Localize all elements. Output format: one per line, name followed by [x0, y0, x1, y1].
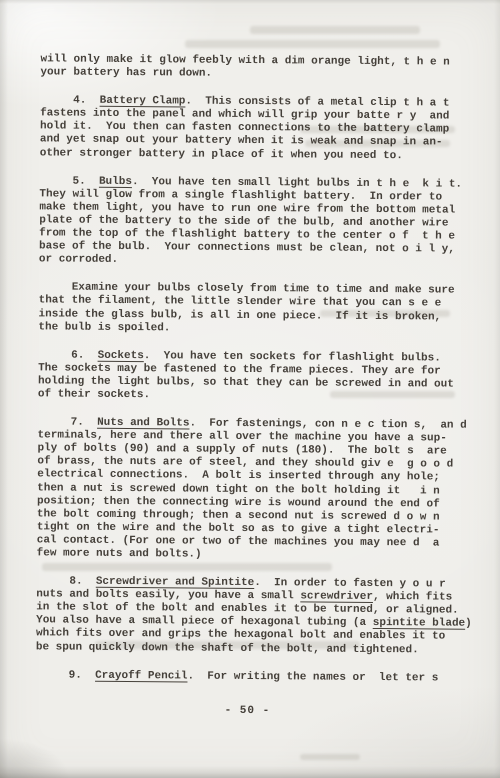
paragraph-intro-continuation: will only make it glow feebly with a dim…	[40, 53, 470, 83]
text-run: . For writing the names or let ter s	[187, 670, 438, 684]
text-run: 9.	[36, 669, 96, 681]
text-run: 8.	[36, 575, 96, 587]
text-run: You also have a small piece of hexagonal…	[36, 615, 373, 630]
scan-edge-left	[0, 0, 8, 778]
text-run: 6.	[38, 349, 98, 361]
paragraph-item-8-screwdriver-and-spintite: 8. Screwdriver and Spintite. In order to…	[36, 575, 467, 657]
underlined-term: Nuts and Bolts	[97, 417, 190, 430]
text-run: 7.	[38, 416, 98, 428]
text-run: your battery has run down.	[40, 66, 212, 79]
scan-edge-bottom	[0, 766, 500, 778]
page-number: - 50 -	[0, 703, 497, 719]
text-run: . In order to fasten y o u r	[254, 577, 446, 591]
underlined-term: Battery Clamp	[100, 95, 186, 108]
paragraph-item-6-sockets: 6. Sockets. You have ten sockets for fla…	[38, 349, 468, 405]
page-text: will only make it glow feebly with a dim…	[36, 53, 471, 700]
paragraph-item-9-crayoff-pencil: 9. Crayoff Pencil. For writing the names…	[36, 669, 466, 685]
text-run: 5.	[40, 175, 100, 187]
text-run: . You have ten small light bulbs in t h …	[132, 176, 462, 191]
scan-edge-top	[0, 0, 500, 4]
underlined-term: Sockets	[98, 349, 144, 361]
scan-edge-right	[494, 0, 500, 778]
text-run: . This consists of a metal clip t h a t	[185, 96, 449, 110]
page-content: will only make it glow feebly with a dim…	[0, 0, 500, 778]
paragraph-examine-bulbs: Examine your bulbs closely from time to …	[38, 282, 468, 338]
text-line: be spun quickly down the shaft of the bo…	[36, 641, 466, 657]
text-run: 4.	[40, 95, 100, 107]
text-run: be spun quickly down the shaft of the bo…	[36, 641, 419, 656]
text-run: of their sockets.	[38, 388, 150, 401]
text-run: , which fits	[373, 591, 452, 604]
text-run: )	[465, 618, 472, 630]
text-run: few more nuts and bolts.)	[37, 547, 202, 560]
underlined-term: Bulbs	[99, 175, 132, 187]
text-run: . You have ten sockets for flashlight bu…	[144, 350, 441, 364]
text-line: 9. Crayoff Pencil. For writing the names…	[36, 669, 466, 685]
underlined-term: Screwdriver and Spintite	[96, 576, 255, 589]
underlined-term: Crayoff Pencil	[95, 669, 188, 682]
text-run: other stronger battery in place of it wh…	[40, 147, 403, 162]
underlined-term: screwdriver	[300, 591, 373, 604]
text-run: nuts and bolts easily, you have a small	[36, 589, 300, 603]
scanned-book-page: will only make it glow feebly with a dim…	[0, 0, 500, 778]
paragraph-item-4-battery-clamp: 4. Battery Clamp. This consists of a met…	[40, 95, 471, 164]
text-run: the bulb is spoiled.	[38, 321, 170, 334]
paragraph-item-5-bulbs: 5. Bulbs. You have ten small light bulbs…	[39, 175, 470, 270]
underlined-term: spintite blade	[373, 617, 466, 630]
text-run: . For fastenings, con n e c tion s, an d	[189, 418, 466, 432]
paragraph-item-7-nuts-and-bolts: 7. Nuts and Bolts. For fastenings, con n…	[37, 416, 468, 563]
scan-corner-shadow	[0, 738, 70, 778]
text-run: or corroded.	[39, 254, 118, 267]
